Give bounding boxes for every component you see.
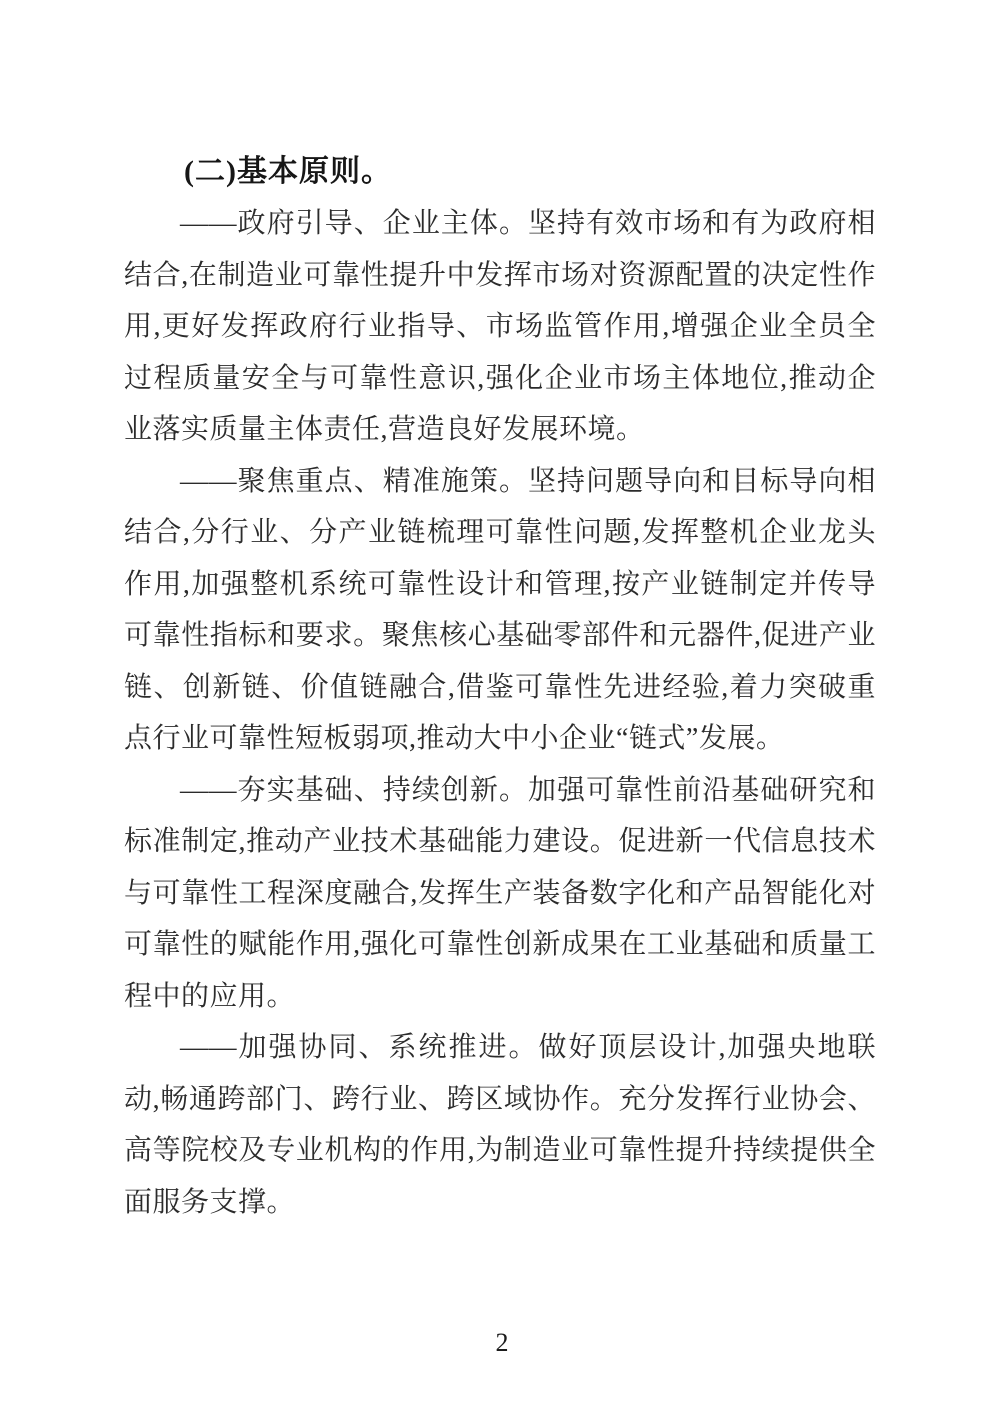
section-heading: (二)基本原则。 bbox=[124, 146, 876, 198]
paragraph-government-guidance: ——政府引导、企业主体。坚持有效市场和有为政府相结合,在制造业可靠性提升中发挥市… bbox=[124, 198, 876, 456]
paragraph-focus-key-points: ——聚焦重点、精准施策。坚持问题导向和目标导向相结合,分行业、分产业链梳理可靠性… bbox=[124, 456, 876, 765]
paragraph-solid-foundation: ——夯实基础、持续创新。加强可靠性前沿基础研究和标准制定,推动产业技术基础能力建… bbox=[124, 765, 876, 1023]
page-number: 2 bbox=[0, 1328, 1004, 1358]
document-page: (二)基本原则。 ——政府引导、企业主体。坚持有效市场和有为政府相结合,在制造业… bbox=[0, 0, 1004, 1424]
paragraph-strengthen-coordination: ——加强协同、系统推进。做好顶层设计,加强央地联动,畅通跨部门、跨行业、跨区域协… bbox=[124, 1022, 876, 1228]
document-body: (二)基本原则。 ——政府引导、企业主体。坚持有效市场和有为政府相结合,在制造业… bbox=[124, 146, 876, 1228]
